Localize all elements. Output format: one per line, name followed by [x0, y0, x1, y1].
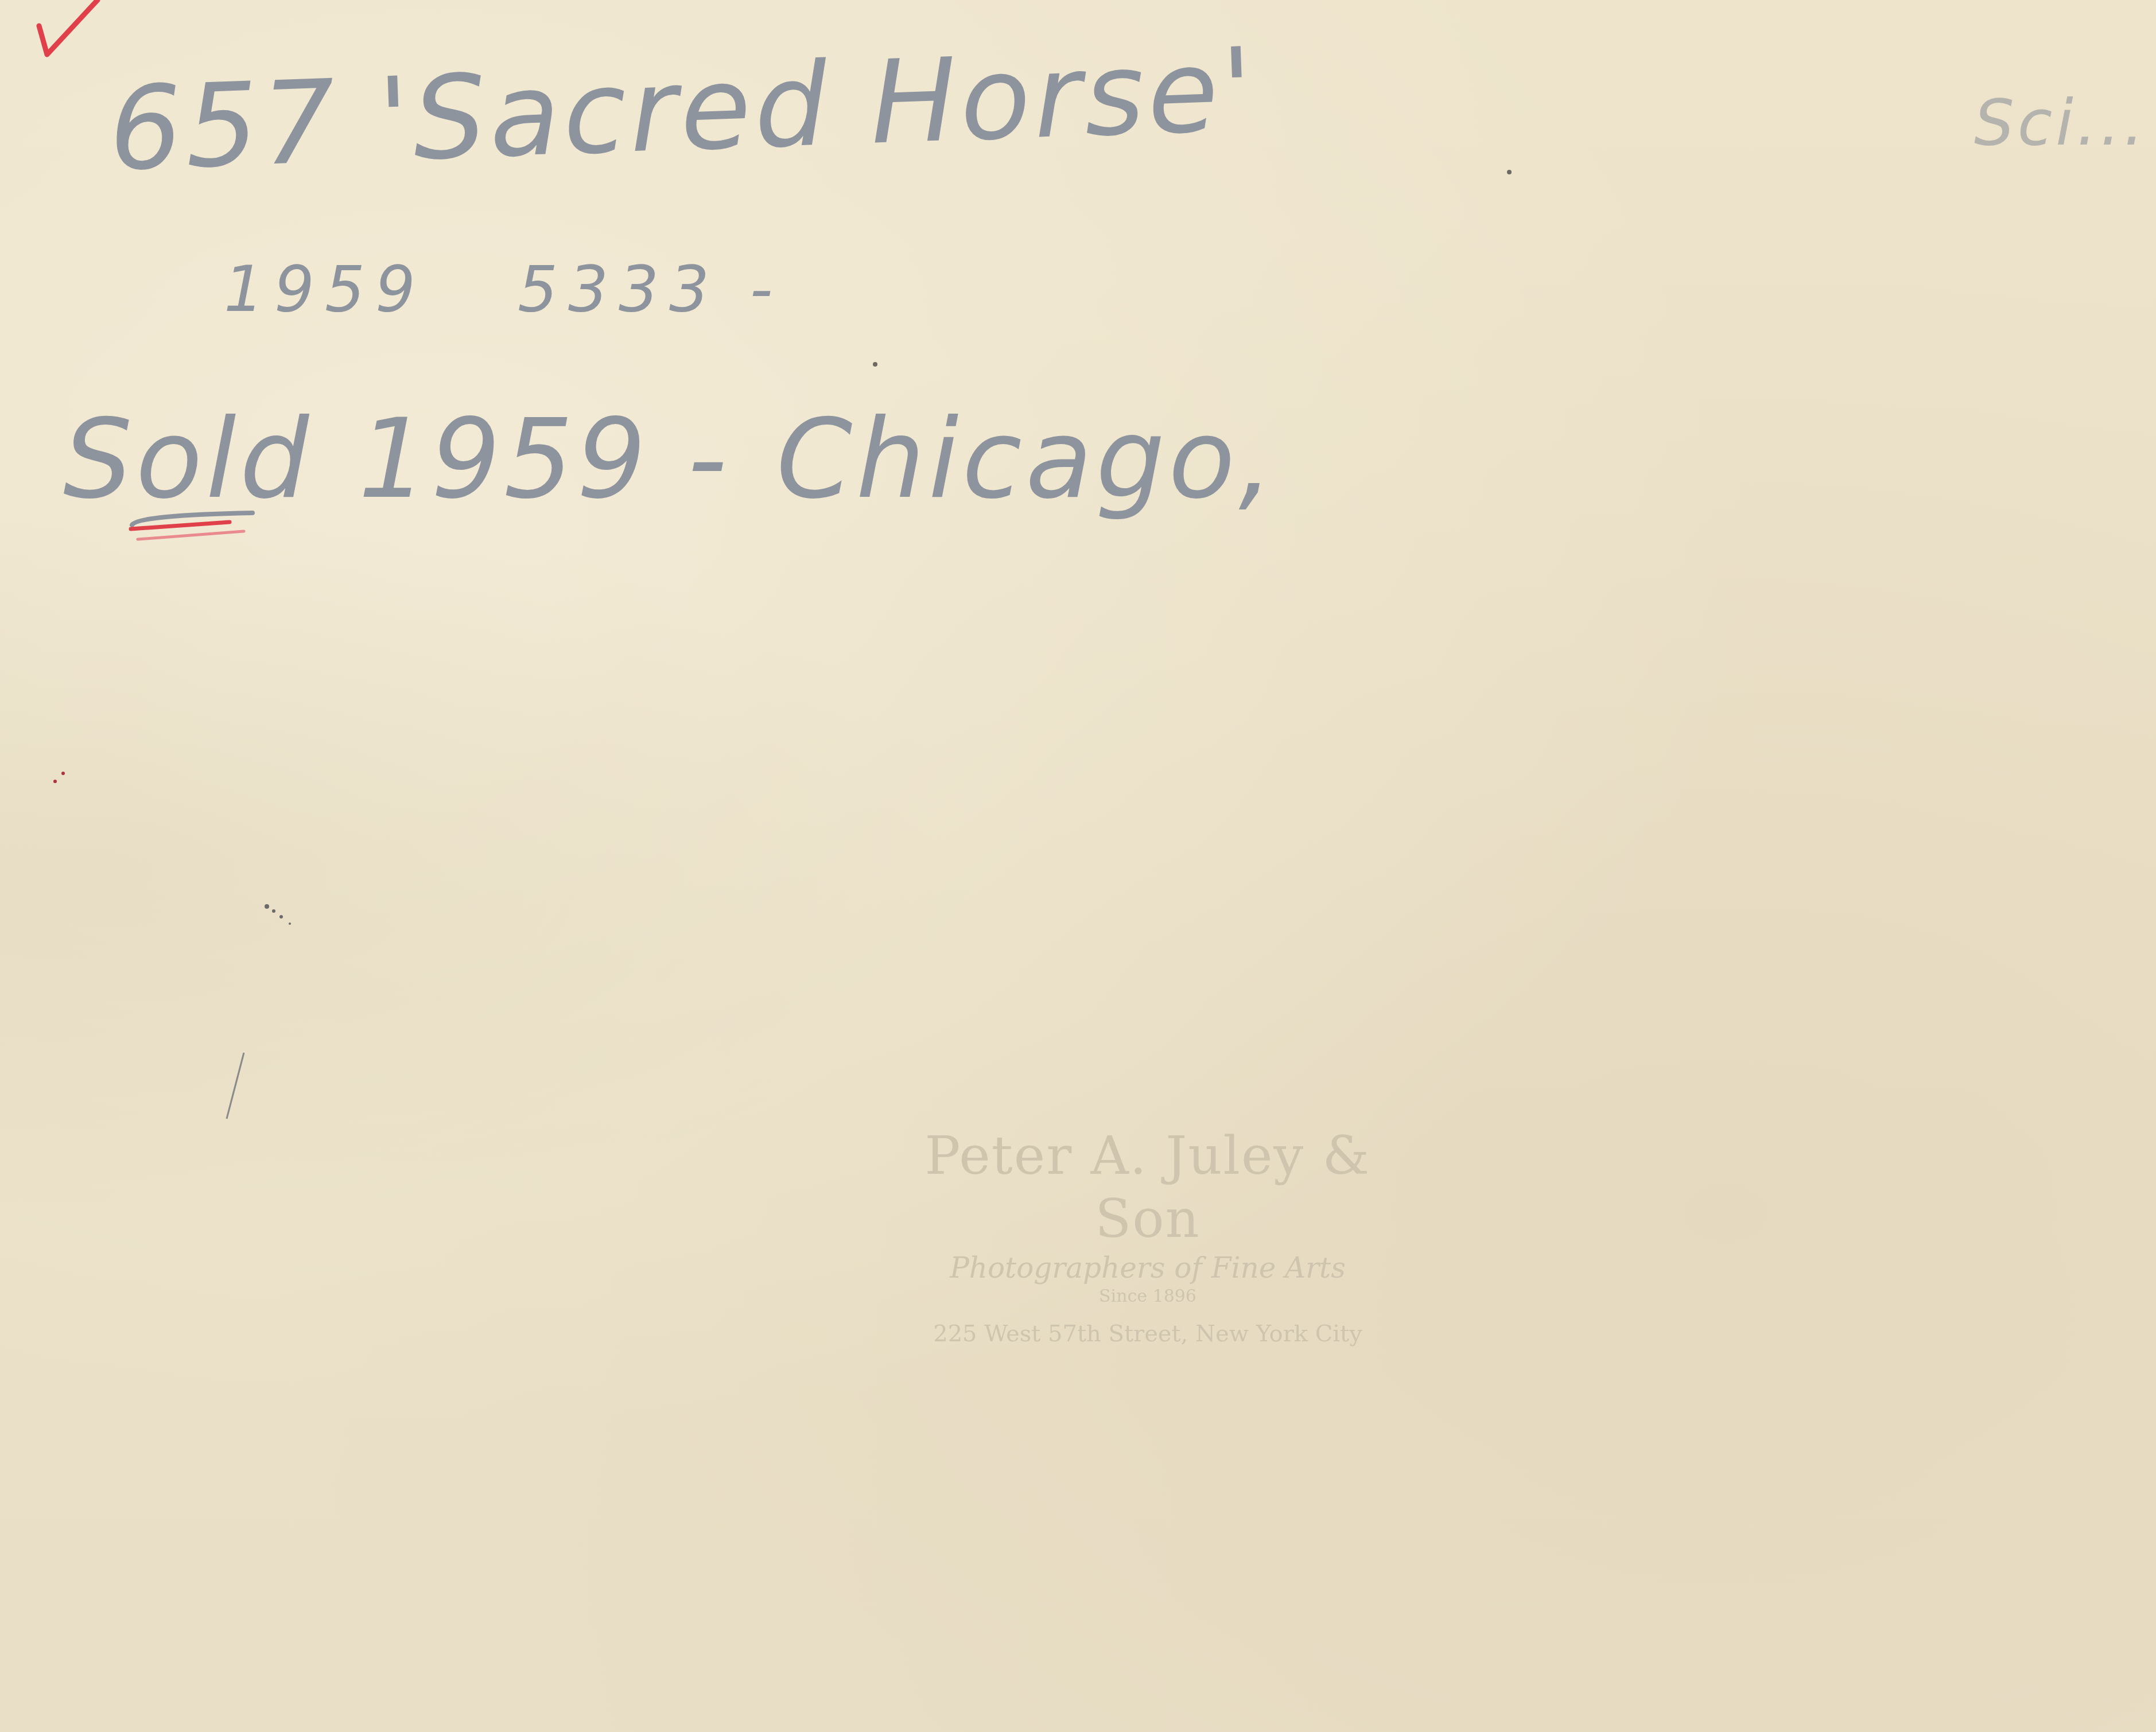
- dot-mark: [869, 359, 881, 370]
- stamp-since: Since 1896: [872, 1285, 1423, 1308]
- stamp-studio-name: Peter A. Juley & Son: [872, 1124, 1423, 1251]
- photo-verso-page: 657 'Sacred Horse' 19595333 - Sold1959 -…: [0, 0, 2156, 1732]
- sold-place: Chicago,: [776, 396, 1277, 523]
- sold-word: Sold: [63, 396, 312, 523]
- corner-note-annotation: Sci...: [1974, 86, 2147, 159]
- annotation-year: 1959: [224, 252, 426, 326]
- annotation-number: 5333 -: [518, 252, 783, 326]
- artwork-title-annotation: 657 'Sacred Horse': [107, 23, 1259, 197]
- sold-year: 1959 -: [358, 396, 731, 523]
- red-checkmark-icon: [34, 0, 103, 57]
- year-and-number-annotation: 19595333 -: [224, 252, 783, 326]
- graphite-smudge-mark: [255, 901, 301, 935]
- stamp-tagline: Photographers of Fine Arts: [872, 1251, 1423, 1285]
- photographer-stamp: Peter A. Juley & Son Photographers of Fi…: [872, 1124, 1423, 1354]
- red-speck-mark: [46, 769, 69, 792]
- sold-underline-mark: [121, 505, 258, 545]
- stamp-address: 225 West 57th Street, New York City: [872, 1314, 1423, 1354]
- dot-mark: [1504, 166, 1515, 178]
- pencil-stroke-mark: [221, 1050, 255, 1124]
- sold-annotation: Sold1959 -Chicago,: [63, 396, 1277, 523]
